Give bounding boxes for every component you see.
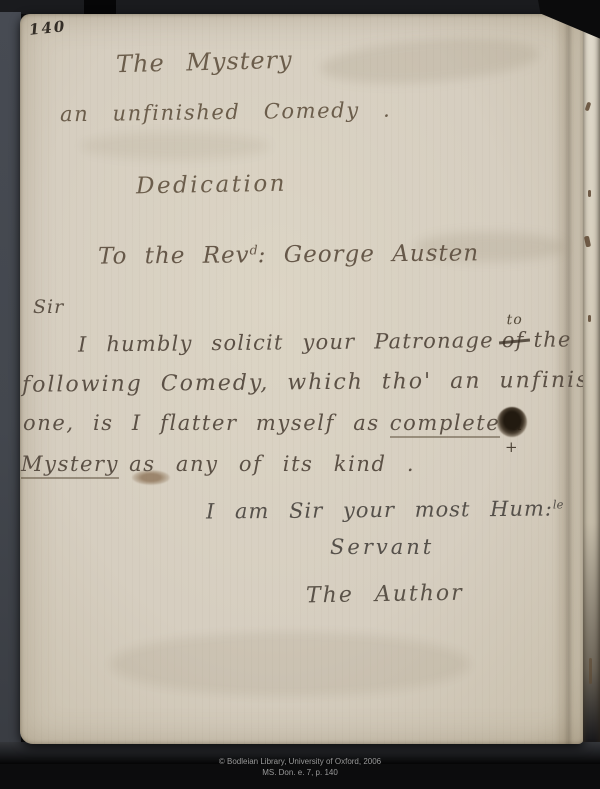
closing-line-1-text: I am Sir your most Hum: xyxy=(206,497,553,524)
body-line-4: Mysteryas any of its kind . xyxy=(21,452,415,476)
page-number: 140 xyxy=(28,17,67,39)
showthrough-mark xyxy=(319,32,541,89)
title-line: The Mystery xyxy=(116,46,293,79)
body-line-1-text: I humbly solicit your Patronage xyxy=(78,328,494,356)
insertion-mark: + xyxy=(505,438,519,456)
subtitle-line: an unfinished Comedy . xyxy=(60,98,392,127)
caption-line-1: © Bodleian Library, University of Oxford… xyxy=(0,756,600,767)
manuscript-page: 140 The Mystery an unfinished Comedy . D… xyxy=(20,14,584,744)
body-line-3: one, is I flatter myself ascompletea + xyxy=(23,411,524,435)
body-line-3-text: one, is I flatter myself as xyxy=(23,411,380,435)
inserted-word: to xyxy=(506,312,523,328)
showthrough-mark xyxy=(110,632,470,696)
addressee-line: To the Revd: George Austen xyxy=(98,240,479,269)
addressee-superscript: d xyxy=(250,242,258,257)
dedication-heading: Dedication xyxy=(136,171,287,200)
showthrough-mark xyxy=(80,132,270,160)
stitch-mark xyxy=(588,190,591,197)
addressee-text-end: : George Austen xyxy=(258,240,480,268)
closing-line-1: I am Sir your most Hum:le xyxy=(206,496,564,523)
salutation-line: Sir xyxy=(33,296,64,318)
photo-stage: 140 The Mystery an unfinished Comedy . D… xyxy=(0,0,600,789)
body-line-4-end: as any of its kind . xyxy=(129,452,415,476)
stitch-mark xyxy=(584,236,591,248)
closing-superscript: le xyxy=(553,497,564,511)
addressee-text: To the Rev xyxy=(98,242,250,269)
underlined-word: complete xyxy=(390,411,501,438)
inline-correction: toof xyxy=(502,328,525,352)
closing-line-2: Servant xyxy=(330,535,434,559)
left-matte-strip xyxy=(0,12,21,763)
binding-gutter xyxy=(583,10,600,742)
caption: © Bodleian Library, University of Oxford… xyxy=(0,756,600,778)
stitch-mark xyxy=(589,658,592,684)
caption-line-2: MS. Don. e. 7, p. 140 xyxy=(0,767,600,778)
stitch-mark xyxy=(585,102,592,112)
underlined-word: Mystery xyxy=(21,452,119,479)
stitch-mark xyxy=(588,315,591,322)
ink-blot xyxy=(497,407,527,437)
body-line-1: I humbly solicit your Patronagetoofthe xyxy=(78,327,572,356)
body-line-2: following Comedy, which tho' an unfinish… xyxy=(22,367,600,397)
signature-line: The Author xyxy=(306,581,464,609)
body-line-1-end: the xyxy=(533,327,571,351)
struck-word: of xyxy=(502,328,525,352)
